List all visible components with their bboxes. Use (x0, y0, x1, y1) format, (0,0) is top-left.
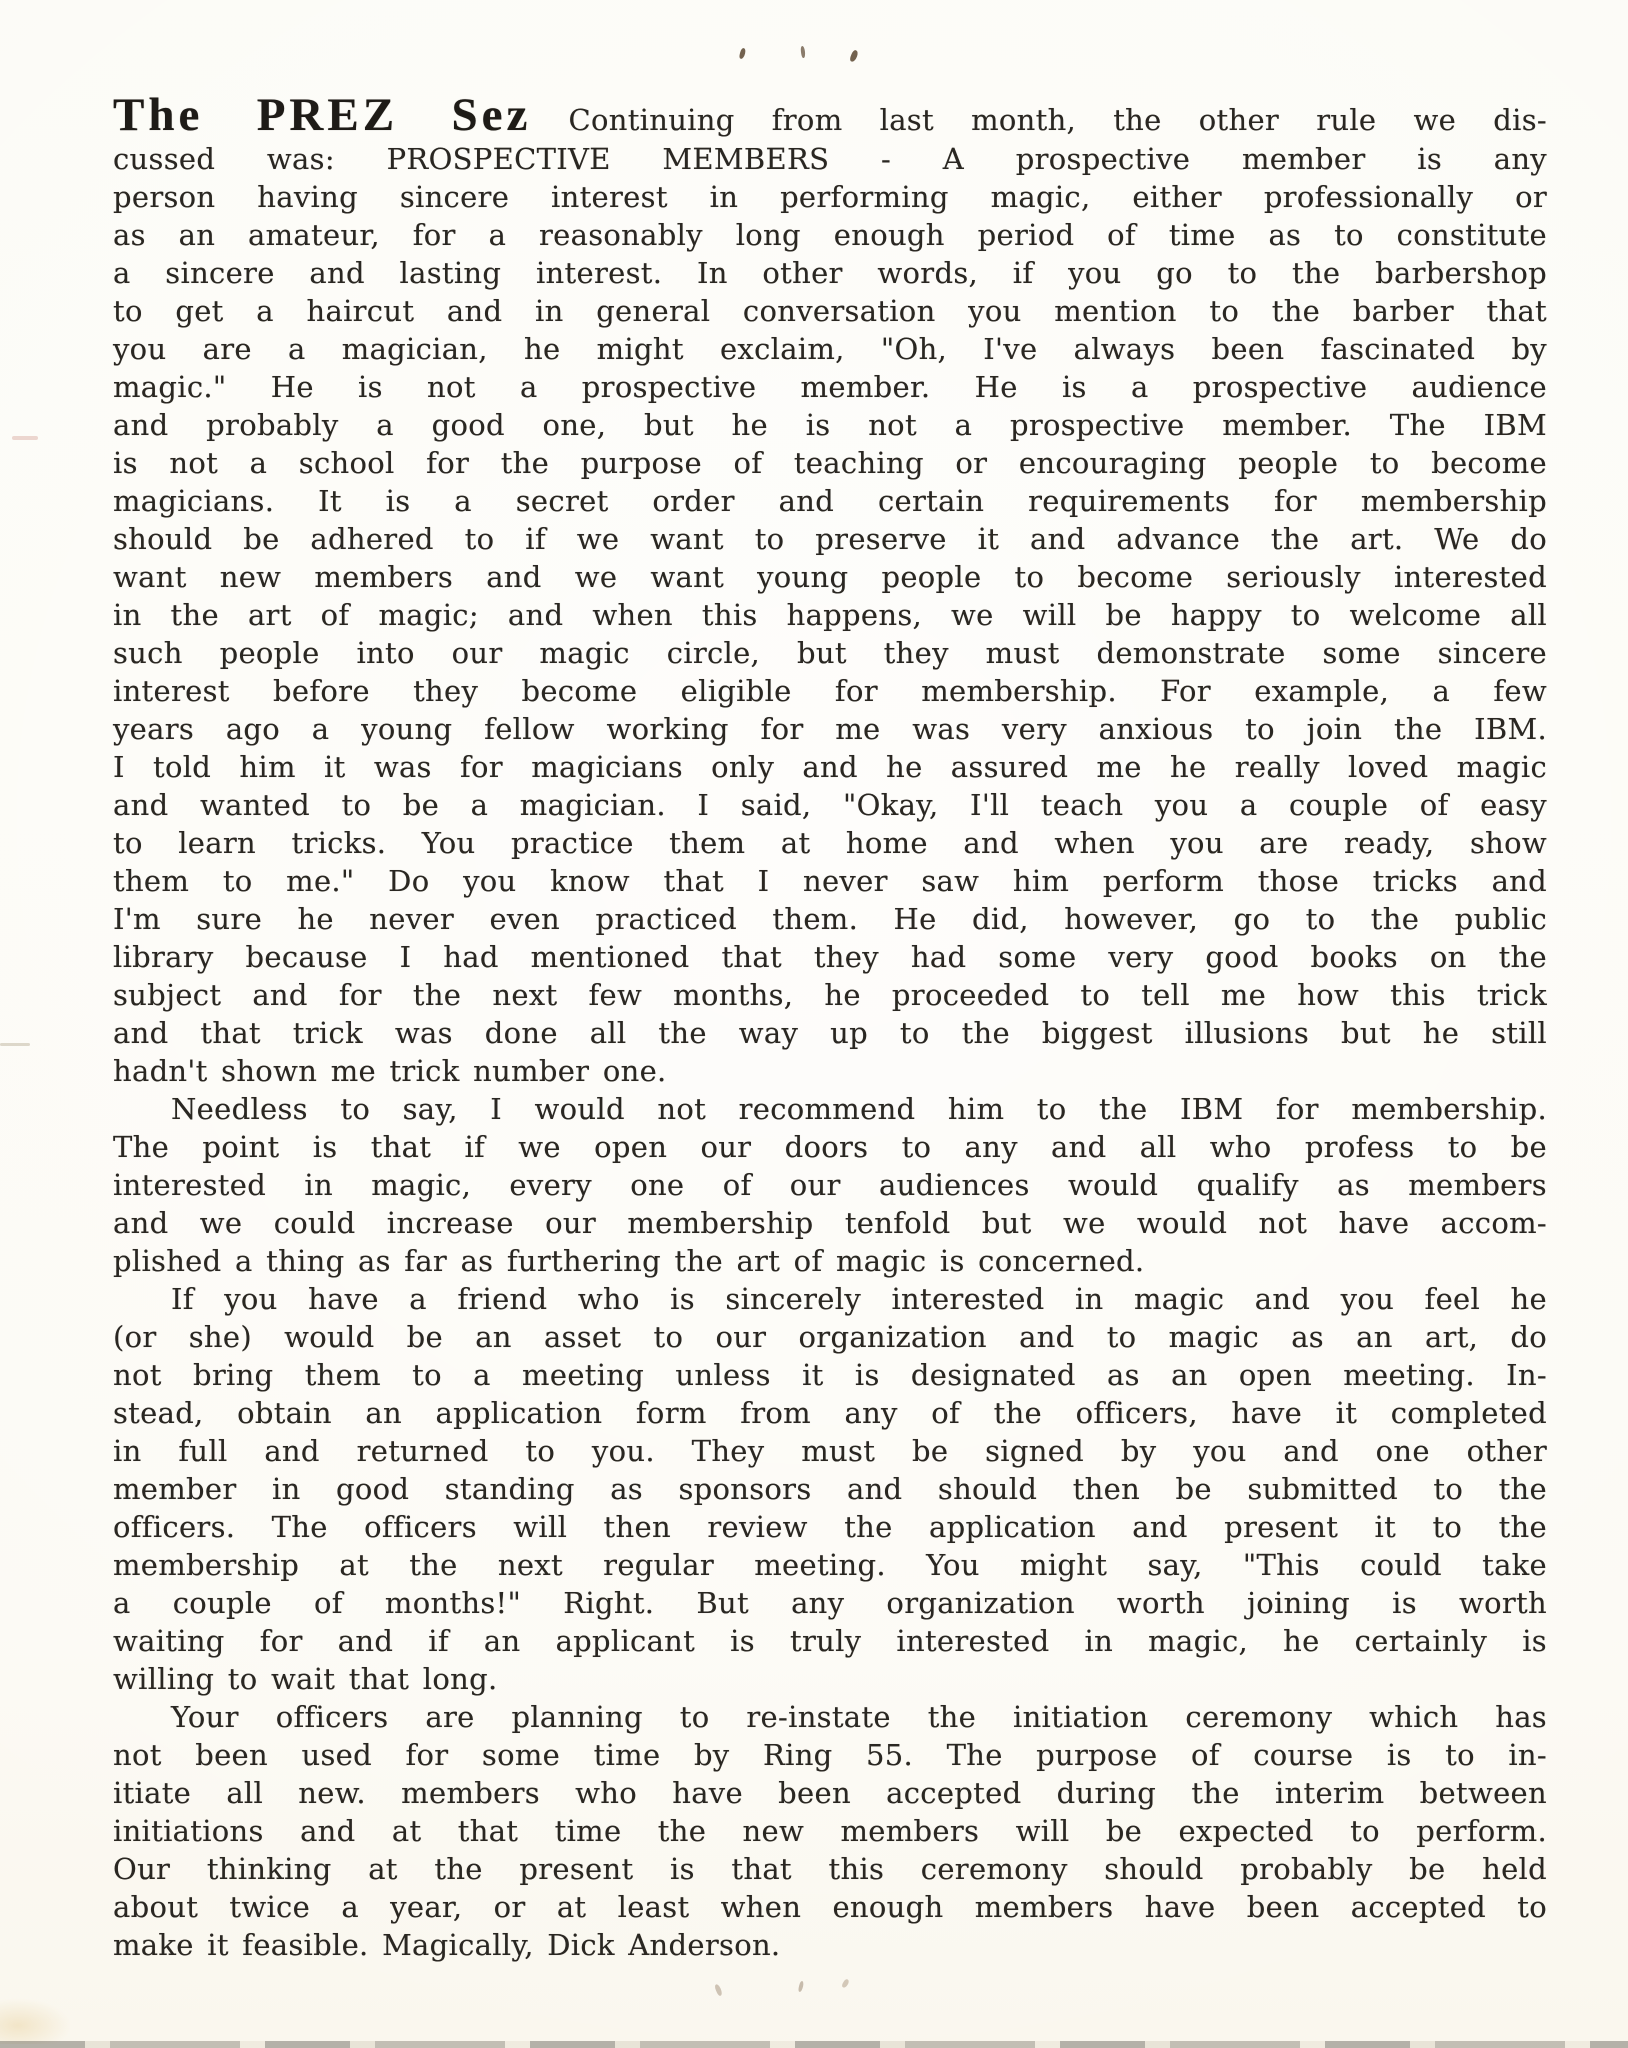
text-line: itiate all new. members who have been ac… (113, 1774, 1547, 1812)
text-line: Our thinking at the present is that this… (113, 1850, 1547, 1888)
text-line: in the art of magic; and when this happe… (113, 596, 1547, 634)
crease-mark (12, 436, 38, 440)
text-line: officers. The officers will then review … (113, 1508, 1547, 1546)
title-line-text: Continuing from last month, the other ru… (568, 103, 1547, 137)
text-line: hadn't shown me trick number one. (113, 1052, 1547, 1090)
ink-speck (714, 1984, 723, 1997)
text-line: interested in magic, every one of our au… (113, 1166, 1547, 1204)
title-line: The PREZ Sez Continuing from last month,… (113, 96, 1547, 140)
text-line: subject and for the next few months, he … (113, 976, 1547, 1014)
article-title: The PREZ Sez (113, 89, 531, 141)
text-line: and that trick was done all the way up t… (113, 1014, 1547, 1052)
paper-stain (0, 1998, 72, 2044)
ink-speck (798, 1981, 804, 1993)
text-line: such people into our magic circle, but t… (113, 634, 1547, 672)
text-line: as an amateur, for a reasonably long eno… (113, 216, 1547, 254)
text-line: stead, obtain an application form from a… (113, 1394, 1547, 1432)
text-line: not been used for some time by Ring 55. … (113, 1736, 1547, 1774)
ink-speck (800, 46, 806, 58)
text-line: magicians. It is a secret order and cert… (113, 482, 1547, 520)
text-line: to get a haircut and in general conversa… (113, 292, 1547, 330)
text-line: If you have a friend who is sincerely in… (113, 1280, 1547, 1318)
scanned-newsletter-page: The PREZ Sez Continuing from last month,… (0, 0, 1628, 2048)
text-line: is not a school for the purpose of teach… (113, 444, 1547, 482)
text-line: interest before they become eligible for… (113, 672, 1547, 710)
text-line: in full and returned to you. They must b… (113, 1432, 1547, 1470)
article-body: The PREZ Sez Continuing from last month,… (113, 96, 1547, 1964)
text-line: and we could increase our membership ten… (113, 1204, 1547, 1242)
text-line: about twice a year, or at least when eno… (113, 1888, 1547, 1926)
ink-speck (841, 1978, 850, 1988)
text-line: want new members and we want young peopl… (113, 558, 1547, 596)
scan-bottom-edge (0, 2041, 1628, 2048)
ink-speck (849, 49, 859, 62)
text-line: cussed was: PROSPECTIVE MEMBERS - A pros… (113, 140, 1547, 178)
text-line: I'm sure he never even practiced them. H… (113, 900, 1547, 938)
text-line: not bring them to a meeting unless it is… (113, 1356, 1547, 1394)
text-line: plished a thing as far as furthering the… (113, 1242, 1547, 1280)
text-line: and probably a good one, but he is not a… (113, 406, 1547, 444)
ink-speck (739, 48, 747, 60)
text-line: willing to wait that long. (113, 1660, 1547, 1698)
text-line: member in good standing as sponsors and … (113, 1470, 1547, 1508)
text-line: library because I had mentioned that the… (113, 938, 1547, 976)
text-line: should be adhered to if we want to prese… (113, 520, 1547, 558)
text-line: magic." He is not a prospective member. … (113, 368, 1547, 406)
text-line: Your officers are planning to re-instate… (113, 1698, 1547, 1736)
text-line: membership at the next regular meeting. … (113, 1546, 1547, 1584)
text-line: (or she) would be an asset to our organi… (113, 1318, 1547, 1356)
text-line: person having sincere interest in perfor… (113, 178, 1547, 216)
crease-mark (0, 1043, 30, 1046)
text-line: The point is that if we open our doors t… (113, 1128, 1547, 1166)
text-line: and wanted to be a magician. I said, "Ok… (113, 786, 1547, 824)
text-line: initiations and at that time the new mem… (113, 1812, 1547, 1850)
text-line: a sincere and lasting interest. In other… (113, 254, 1547, 292)
text-line: make it feasible. Magically, Dick Anders… (113, 1926, 1547, 1964)
text-line: Needless to say, I would not recommend h… (113, 1090, 1547, 1128)
text-line: them to me." Do you know that I never sa… (113, 862, 1547, 900)
text-line: years ago a young fellow working for me … (113, 710, 1547, 748)
text-line: you are a magician, he might exclaim, "O… (113, 330, 1547, 368)
text-line: waiting for and if an applicant is truly… (113, 1622, 1547, 1660)
body-lines: cussed was: PROSPECTIVE MEMBERS - A pros… (113, 140, 1547, 1964)
text-line: a couple of months!" Right. But any orga… (113, 1584, 1547, 1622)
text-line: to learn tricks. You practice them at ho… (113, 824, 1547, 862)
text-line: I told him it was for magicians only and… (113, 748, 1547, 786)
